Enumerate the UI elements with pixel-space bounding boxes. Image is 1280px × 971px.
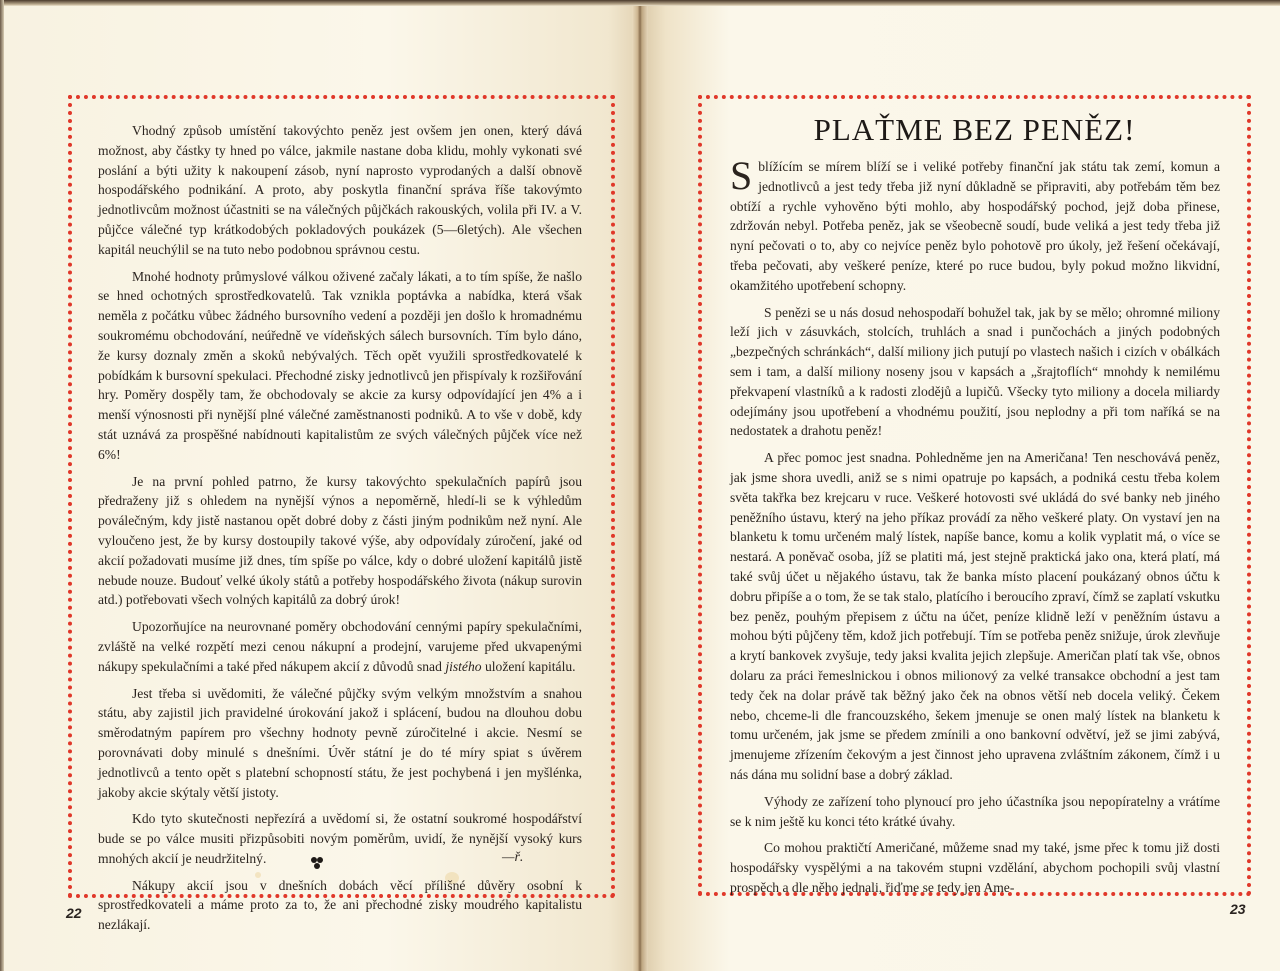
trefoil-ornament-icon — [310, 856, 324, 870]
drop-cap: S — [730, 159, 752, 193]
paragraph-text: blížícím se mírem blíží se i veliké potř… — [730, 159, 1220, 293]
paragraph: Vhodný způsob umístění takovýchto peněz … — [98, 121, 582, 260]
paragraph: Je na první pohled patrno, že kursy tako… — [98, 472, 582, 611]
paragraph: Co mohou praktičtí Američané, můžeme sna… — [730, 838, 1220, 897]
paragraph: Mnohé hodnoty průmyslové válkou oživené … — [98, 267, 582, 465]
paragraph: Nákupy akcií jsou v dnešních dobách věcí… — [98, 876, 582, 935]
left-page-body: Vhodný způsob umístění takovýchto peněz … — [98, 121, 582, 942]
book-left-edge — [0, 0, 4, 971]
paragraph: Výhody ze zařízení toho plynoucí pro jeh… — [730, 792, 1220, 832]
book-gutter — [632, 0, 648, 971]
paragraph: S penězi se u nás dosud nehospodaří bohu… — [730, 303, 1220, 442]
paragraph: Upozorňujíce na neurovnané poměry obchod… — [98, 617, 582, 676]
page-number-right: 23 — [1230, 901, 1246, 917]
author-signature: —ř. — [502, 850, 523, 866]
book-top-edge — [0, 0, 1280, 6]
paragraph: Sblížícím se mírem blíží se i veliké pot… — [730, 157, 1220, 296]
article-title: PLAŤME BEZ PENĚZ! — [698, 112, 1251, 148]
paragraph: Jest třeba si uvědomiti, že válečné půjč… — [98, 684, 582, 803]
page-number-left: 22 — [66, 905, 82, 921]
italic-emphasis: jistého — [445, 659, 481, 674]
paragraph-text: uložení kapitálu. — [485, 659, 576, 674]
paragraph: A přec pomoc jest snadna. Pohledněme jen… — [730, 448, 1220, 785]
right-page-body: Sblížícím se mírem blíží se i veliké pot… — [730, 157, 1220, 905]
